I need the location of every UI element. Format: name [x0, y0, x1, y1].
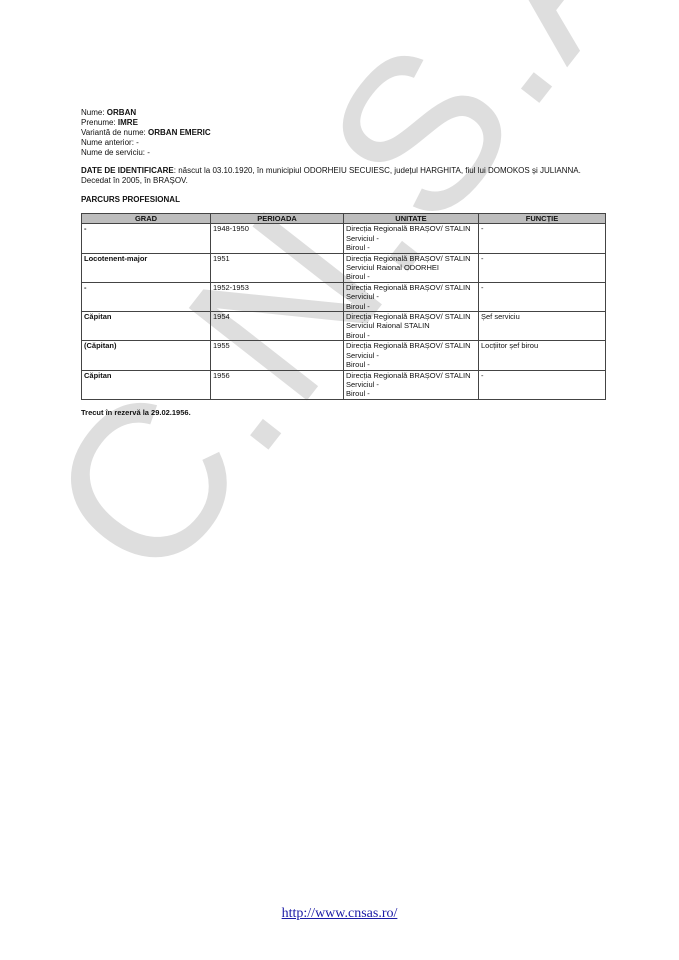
header-grad: GRAD [82, 214, 211, 224]
cell-functie: Șef serviciu [479, 312, 606, 341]
document-body: Nume: ORBAN Prenume: IMRE Variantă de nu… [81, 108, 606, 418]
unitate-line: Direcția Regională BRAȘOV/ STALIN [346, 254, 476, 263]
cell-functie: - [479, 282, 606, 311]
table-row: Căpitan1954Direcția Regională BRAȘOV/ ST… [82, 312, 606, 341]
table-header-row: GRAD PERIOADA UNITATE FUNCȚIE [82, 214, 606, 224]
varianta-value: ORBAN EMERIC [148, 128, 211, 137]
cell-grad: (Căpitan) [82, 341, 211, 370]
career-table: GRAD PERIOADA UNITATE FUNCȚIE -1948-1950… [81, 213, 606, 400]
header-perioada: PERIOADA [211, 214, 344, 224]
cell-unitate: Direcția Regională BRAȘOV/ STALINServici… [344, 224, 479, 253]
unitate-line: Direcția Regională BRAȘOV/ STALIN [346, 341, 476, 350]
footer: http://www.cnsas.ro/ [0, 904, 679, 922]
nume-serviciu-value: - [147, 148, 150, 157]
reserve-note: Trecut în rezervă la 29.02.1956. [81, 408, 606, 418]
unitate-line: Biroul - [346, 243, 476, 252]
nume-anterior-value: - [136, 138, 139, 147]
unitate-line: Serviciul Raional STALIN [346, 321, 476, 330]
unitate-line: Biroul - [346, 360, 476, 369]
unitate-line: Direcția Regională BRAȘOV/ STALIN [346, 371, 476, 380]
cell-grad: - [82, 224, 211, 253]
table-row: -1948-1950Direcția Regională BRAȘOV/ STA… [82, 224, 606, 253]
table-row: -1952-1953Direcția Regională BRAȘOV/ STA… [82, 282, 606, 311]
cell-perioada: 1952-1953 [211, 282, 344, 311]
cell-perioada: 1955 [211, 341, 344, 370]
cell-perioada: 1948-1950 [211, 224, 344, 253]
footer-link[interactable]: http://www.cnsas.ro/ [282, 906, 398, 921]
header-unitate: UNITATE [344, 214, 479, 224]
cell-functie: Locțiitor șef birou [479, 341, 606, 370]
unitate-line: Biroul - [346, 331, 476, 340]
unitate-line: Direcția Regională BRAȘOV/ STALIN [346, 283, 476, 292]
prenume-value: IMRE [118, 118, 138, 127]
section-title: PARCURS PROFESIONAL [81, 195, 606, 205]
cell-unitate: Direcția Regională BRAȘOV/ STALINServici… [344, 370, 479, 399]
table-row: (Căpitan)1955Direcția Regională BRAȘOV/ … [82, 341, 606, 370]
cell-unitate: Direcția Regională BRAȘOV/ STALINServici… [344, 312, 479, 341]
cell-functie: - [479, 253, 606, 282]
unitate-line: Biroul - [346, 389, 476, 398]
table-row: Căpitan1956Direcția Regională BRAȘOV/ ST… [82, 370, 606, 399]
unitate-line: Biroul - [346, 302, 476, 311]
cell-grad: Locotenent-major [82, 253, 211, 282]
nume-line: Nume: ORBAN [81, 108, 606, 118]
identification-paragraph: DATE DE IDENTIFICARE: născut la 03.10.19… [81, 166, 606, 186]
unitate-line: Biroul - [346, 272, 476, 281]
cell-grad: - [82, 282, 211, 311]
cell-unitate: Direcția Regională BRAȘOV/ STALINServici… [344, 282, 479, 311]
nume-serviciu-line: Nume de serviciu: - [81, 148, 606, 158]
identification-label: DATE DE IDENTIFICARE [81, 166, 174, 175]
cell-unitate: Direcția Regională BRAȘOV/ STALINServici… [344, 341, 479, 370]
cell-functie: - [479, 224, 606, 253]
prenume-line: Prenume: IMRE [81, 118, 606, 128]
unitate-line: Direcția Regională BRAȘOV/ STALIN [346, 224, 476, 233]
unitate-line: Serviciul - [346, 351, 476, 360]
nume-anterior-line: Nume anterior: - [81, 138, 606, 148]
unitate-line: Serviciul - [346, 380, 476, 389]
cell-perioada: 1956 [211, 370, 344, 399]
header-functie: FUNCȚIE [479, 214, 606, 224]
table-row: Locotenent-major1951Direcția Regională B… [82, 253, 606, 282]
cell-unitate: Direcția Regională BRAȘOV/ STALINServici… [344, 253, 479, 282]
unitate-line: Serviciul Raional ODORHEI [346, 263, 476, 272]
cell-functie: - [479, 370, 606, 399]
cell-perioada: 1954 [211, 312, 344, 341]
cell-perioada: 1951 [211, 253, 344, 282]
cell-grad: Căpitan [82, 370, 211, 399]
cell-grad: Căpitan [82, 312, 211, 341]
unitate-line: Direcția Regională BRAȘOV/ STALIN [346, 312, 476, 321]
unitate-line: Serviciul - [346, 234, 476, 243]
unitate-line: Serviciul - [346, 292, 476, 301]
person-details: Nume: ORBAN Prenume: IMRE Variantă de nu… [81, 108, 606, 158]
nume-value: ORBAN [107, 108, 136, 117]
varianta-line: Variantă de nume: ORBAN EMERIC [81, 128, 606, 138]
